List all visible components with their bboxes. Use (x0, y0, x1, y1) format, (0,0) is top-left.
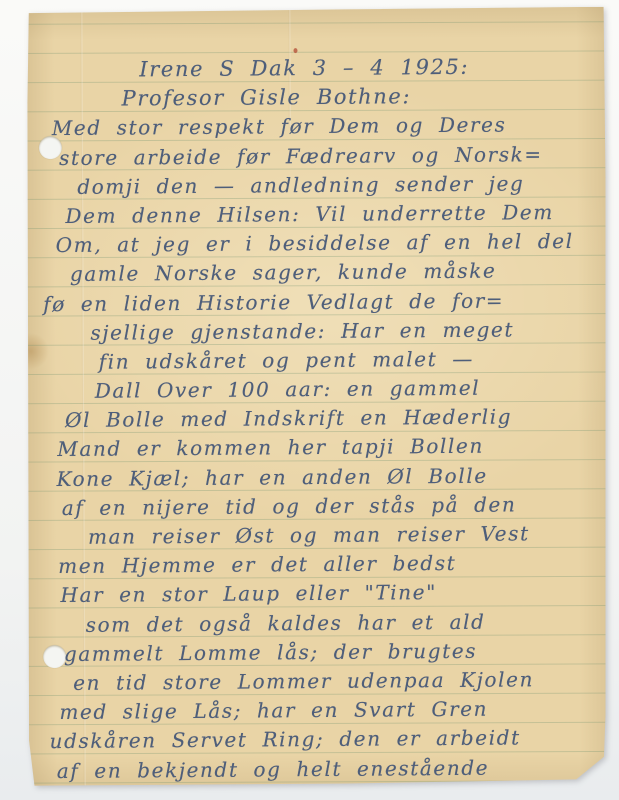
paper-shadow: Irene S Dak 3 – 4 1925:Profesor Gisle Bo… (27, 8, 607, 786)
letter-line-13: Øl Bolle med Indskrift en Hæderlig (27, 402, 603, 436)
letter-line-3: Med stor respekt før Dem og Deres (25, 110, 601, 144)
letter-line-18: men Hjemme er det aller bedst (28, 548, 604, 582)
letter-line-8: gamle Norske sager, kunde måske (26, 256, 602, 290)
letter-line-20: som det også kaldes har et ald (29, 606, 605, 640)
letter-line-5: domji den — andledning sender jeg (25, 169, 601, 203)
letter-paper: Irene S Dak 3 – 4 1925:Profesor Gisle Bo… (25, 7, 608, 788)
letter-salutation: Profesor Gisle Bothne: (25, 81, 600, 115)
letter-line-10: sjellige gjenstande: Har en meget (26, 314, 602, 348)
scanned-letter-page: Irene S Dak 3 – 4 1925:Profesor Gisle Bo… (0, 0, 619, 800)
letter-line-6: Dem denne Hilsen: Vil underrette Dem (25, 198, 601, 232)
letter-line-19: Har en stor Laup eller "Tine" (28, 577, 604, 611)
letter-dateline: Irene S Dak 3 – 4 1925: (25, 52, 600, 86)
letter-line-22: en tid store Lommer udenpaa Kjolen (29, 665, 605, 699)
ink-speck (293, 48, 297, 53)
letter-line-16: af en nijere tid og der stås på den (28, 490, 604, 524)
letter-line-9: fø en liden Historie Vedlagt de for= (26, 285, 602, 319)
letter-line-21: gammelt Lomme lås; der brugtes (29, 635, 605, 669)
letter-line-15: Kone Kjæl; har en anden Øl Bolle (27, 460, 603, 494)
letter-line-4: store arbeide før Fædrearv og Norsk= (25, 139, 601, 173)
letter-line-24: udskåren Servet Ring; den er arbeidt (30, 723, 606, 757)
letter-line-23: med slige Lås; har en Svart Gren (29, 694, 605, 728)
letter-line-25: af en bekjendt og helt enestående (30, 752, 606, 786)
letter-line-17: man reiser Øst og man reiser Vest (28, 519, 604, 553)
letter-line-12: Dall Over 100 aar: en gammel (27, 373, 603, 407)
letter-line-14: Mand er kommen her tapji Bollen (27, 431, 603, 465)
handwritten-text: Irene S Dak 3 – 4 1925:Profesor Gisle Bo… (25, 52, 606, 786)
letter-line-7: Om, at jeg er i besiddelse af en hel del (26, 227, 602, 261)
letter-line-11: fin udskåret og pent malet — (27, 344, 603, 378)
